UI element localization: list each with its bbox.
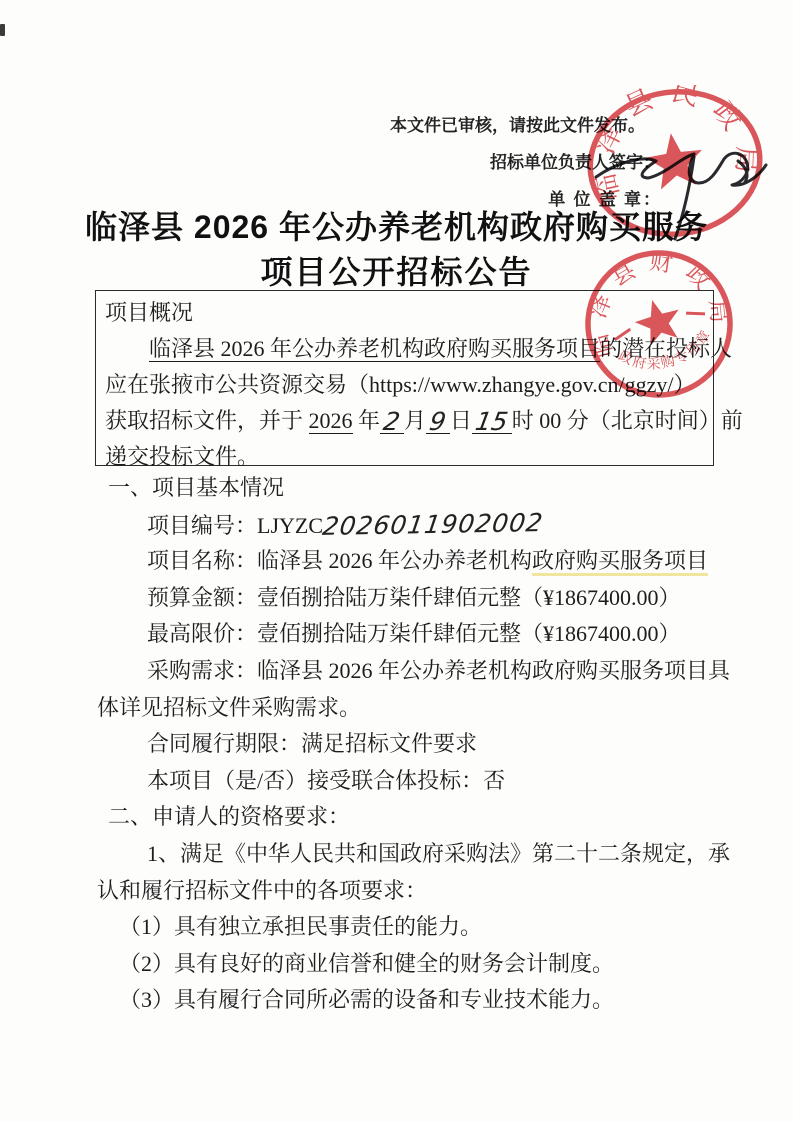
project-name-line: 项目名称：临泽县 2026 年公办养老机构政府购买服务项目 [95, 543, 735, 580]
contract-term-line: 合同履行期限：满足招标文件要求 [95, 726, 735, 763]
price-ceiling-line: 最高限价：壹佰捌拾陆万柒仟肆佰元整（¥1867400.00） [95, 616, 735, 653]
scanned-document-page: 本文件已审核，请按此文件发布。 招标单位负责人签字： 单 位 盖 章： 临泽县 … [0, 0, 793, 1122]
section2-heading: 二、申请人的资格要求： [95, 799, 735, 836]
project-name-highlighted: 政府购买服务项目 [532, 548, 708, 576]
section1-heading: 一、项目基本情况 [95, 470, 735, 507]
budget-line: 预算金额：壹佰捌拾陆万柒仟肆佰元整（¥1867400.00） [95, 580, 735, 617]
project-name-underlined: 临泽县 2026 年公办养老机构政府购买服务项目 [149, 336, 600, 362]
demand-line2: 体详见招标文件采购需求。 [95, 690, 735, 727]
joint-bid-line: 本项目（是/否）接受联合体投标：否 [95, 763, 735, 800]
finance-seal: 临泽县财政局 政府采购专用章 [582, 247, 736, 401]
scan-artifact [0, 24, 5, 36]
project-number-line: 项目编号：LJYZC2026011902002 [95, 507, 735, 544]
qualification-item1: （1）具有独立承担民事责任的能力。 [95, 909, 735, 946]
month-suffix: 月 [404, 408, 426, 433]
qualification-item2: （2）具有良好的商业信誉和健全的财务会计制度。 [95, 946, 735, 983]
deadline-prefix: 获取招标文件，并于 [105, 408, 303, 433]
day-suffix: 日 [450, 408, 472, 433]
overview-line3: 获取招标文件，并于 2026 年2月9日15时 00 分（北京时间）前 [105, 403, 705, 439]
deadline-month-handwritten: 2 [378, 412, 405, 432]
deadline-suffix: 时 00 分（北京时间）前 [512, 408, 743, 433]
seal-star-icon [630, 294, 686, 348]
qualification-item3: （3）具有履行合同所必需的设备和专业技术能力。 [95, 982, 735, 1019]
deadline-year: 2026 [309, 408, 353, 434]
deadline-day-handwritten: 9 [424, 412, 451, 432]
project-number-handwritten: 2026011902002 [320, 505, 546, 545]
document-body: 一、项目基本情况 项目编号：LJYZC2026011902002 项目名称：临泽… [95, 470, 735, 1019]
year-suffix: 年 [358, 408, 380, 433]
qualification-1b: 认和履行招标文件中的各项要求： [95, 873, 735, 910]
deadline-hour-handwritten: 15 [470, 412, 513, 432]
project-number-label: 项目编号：LJYZC [147, 513, 323, 538]
qualification-1a: 1、满足《中华人民共和国政府采购法》第二十二条规定，承 [95, 836, 735, 873]
demand-line1: 采购需求：临泽县 2026 年公办养老机构政府购买服务项目具 [95, 653, 735, 690]
project-name-prefix: 项目名称：临泽县 2026 年公办养老机构 [147, 548, 532, 573]
handwritten-signature [592, 127, 772, 247]
